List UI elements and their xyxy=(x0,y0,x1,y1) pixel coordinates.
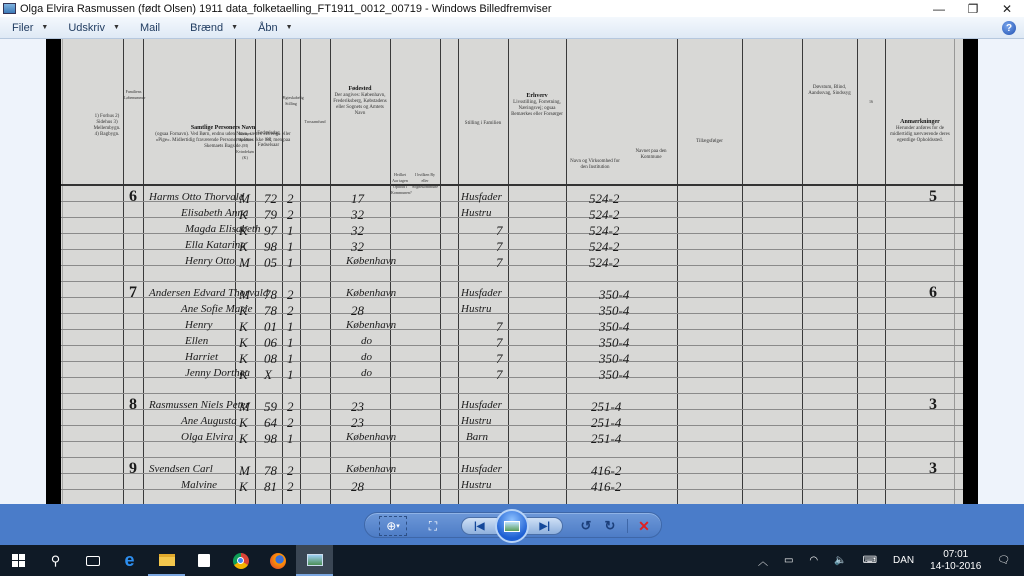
slideshow-button[interactable] xyxy=(495,509,529,543)
family-position: 7 xyxy=(496,239,503,255)
window-title: Olga Elvira Rasmussen (født Olsen) 1911 … xyxy=(20,3,922,15)
header-col-8: FødestedDer angives: København, Frederik… xyxy=(331,86,389,117)
marital-status: 2 xyxy=(287,463,294,479)
person-name: Harms Otto Thorvald xyxy=(149,191,244,203)
edge-icon: e xyxy=(124,550,134,571)
maximize-button[interactable]: ❐ xyxy=(956,0,990,17)
header-col-7: Trossamfund xyxy=(300,119,330,125)
birth-year: 98 xyxy=(264,431,277,447)
birthplace: 28 xyxy=(351,479,364,495)
occupation-code: 524-2 xyxy=(589,207,619,223)
wifi-icon[interactable]: ◠ xyxy=(809,555,818,566)
birthplace: 32 xyxy=(351,239,364,255)
menu-udskriv[interactable]: Udskriv▼ xyxy=(56,17,128,39)
header-col-17-title: Anmærkninger xyxy=(900,119,940,125)
marital-status: 1 xyxy=(287,239,294,255)
sex: K xyxy=(239,207,248,223)
task-view-button[interactable] xyxy=(74,545,111,576)
dropdown-arrow-icon: ▼ xyxy=(231,24,238,31)
clock-time: 07:01 xyxy=(930,549,981,561)
birth-year: 78 xyxy=(264,287,277,303)
marital-status: 1 xyxy=(287,351,294,367)
census-scan-image: 1) Forhus 2) Sidehus 3) Mellembygn. 4) B… xyxy=(61,39,963,504)
sex: M xyxy=(239,191,250,207)
birth-year: 01 xyxy=(264,319,277,335)
menu-braend[interactable]: Brænd▼ xyxy=(178,17,246,39)
birth-year: 97 xyxy=(264,223,277,239)
family-position: 7 xyxy=(496,335,503,351)
viewer-controls: ⊕▾ ⛶ |◀ ▶| ↺ ↻ ✕ xyxy=(364,512,662,538)
family-number: 8 xyxy=(129,396,137,414)
viewer-control-bar: ⊕▾ ⛶ |◀ ▶| ↺ ↻ ✕ xyxy=(0,504,1024,545)
occupation-code: 350-4 xyxy=(599,319,629,335)
menu-filer[interactable]: Filer▼ xyxy=(0,17,56,39)
header-col-6: Ægteskabelig Stilling xyxy=(282,95,300,107)
folder-icon xyxy=(159,554,175,566)
birthplace: 17 xyxy=(351,191,364,207)
sex: K xyxy=(239,303,248,319)
family-position: 7 xyxy=(496,351,503,367)
occupation-code: 350-4 xyxy=(599,303,629,319)
family-position: 7 xyxy=(496,255,503,271)
family-position: 7 xyxy=(496,319,503,335)
separator xyxy=(627,519,628,533)
sex: K xyxy=(239,223,248,239)
marital-status: 2 xyxy=(287,191,294,207)
minimize-button[interactable]: — xyxy=(922,0,956,17)
header-col-14: Navnet paa den Kommune xyxy=(627,149,675,161)
family-position: Hustru xyxy=(461,415,492,427)
task-view-icon xyxy=(86,556,100,566)
marital-status: 1 xyxy=(287,431,294,447)
family-position: 7 xyxy=(496,367,503,383)
rotate-clockwise-icon[interactable]: ↻ xyxy=(601,516,619,536)
birth-year: 05 xyxy=(264,255,277,271)
header-col-12: ErhvervLivsstilling, Forretning, Nærings… xyxy=(509,93,565,118)
family-position: Husfader xyxy=(461,399,502,411)
remark: 3 xyxy=(929,396,937,414)
header-col-17-text: Herunder anføres for de midlertidig nærv… xyxy=(890,126,950,143)
occupation-code: 524-2 xyxy=(589,223,619,239)
menu-label: Udskriv xyxy=(68,22,105,34)
person-name: Malvine xyxy=(181,479,217,491)
person-name: Svendsen Carl xyxy=(149,463,213,475)
remark: 5 xyxy=(929,188,937,206)
birth-year: 59 xyxy=(264,399,277,415)
menu-label: Mail xyxy=(140,22,160,34)
delete-icon[interactable]: ✕ xyxy=(635,516,653,536)
marital-status: 2 xyxy=(287,303,294,319)
birthplace: 32 xyxy=(351,207,364,223)
person-name: Harriet xyxy=(185,351,218,363)
dropdown-arrow-icon: ▼ xyxy=(113,24,120,31)
person-name: Magda Elisabeth xyxy=(185,223,260,235)
family-number: 7 xyxy=(129,284,137,302)
sex: M xyxy=(239,255,250,271)
person-name: Ella Katarina xyxy=(185,239,246,251)
sex: K xyxy=(239,335,248,351)
birthplace: do xyxy=(361,351,372,363)
occupation-code: 350-4 xyxy=(599,335,629,351)
birth-year: 06 xyxy=(264,335,277,351)
marital-status: 2 xyxy=(287,399,294,415)
header-col-5: Fødselsdag og Fødselsaar xyxy=(256,131,281,149)
search-button[interactable]: ⚲ xyxy=(37,545,74,576)
occupation-code: 524-2 xyxy=(589,239,619,255)
windows-icon xyxy=(12,554,25,567)
birthplace: do xyxy=(361,367,372,379)
header-col-8-text: Der angives: København, Frederiksberg, K… xyxy=(333,93,387,116)
birth-year: X xyxy=(264,367,272,383)
sex: K xyxy=(239,479,248,495)
family-position: Hustru xyxy=(461,207,492,219)
sex: K xyxy=(239,431,248,447)
system-tray: ︿ ▭ ◠ 🔈 ⌨ DAN 07:01 14-10-2016 🗨 xyxy=(750,545,1024,576)
person-name: Rasmussen Niels Peter xyxy=(149,399,250,411)
person-name-olga-elvira: Olga Elvira xyxy=(181,431,233,443)
chrome-button[interactable] xyxy=(222,545,259,576)
header-col-16: Døvstum, Blind, Aandssvag, Sindssyg xyxy=(803,85,856,97)
volume-icon[interactable]: 🔈 xyxy=(834,555,846,566)
clock-date: 14-10-2016 xyxy=(930,561,981,573)
store-icon xyxy=(198,554,210,567)
family-position: Husfader xyxy=(461,287,502,299)
sex: K xyxy=(239,239,248,255)
firefox-icon xyxy=(270,553,286,569)
header-col-12-title: Erhverv xyxy=(526,93,547,99)
zoom-icon[interactable]: ⊕▾ xyxy=(379,516,407,536)
birth-year: 64 xyxy=(264,415,277,431)
person-name: Ellen xyxy=(185,335,208,347)
store-button[interactable] xyxy=(185,545,222,576)
photo-viewer-icon xyxy=(307,554,323,566)
marital-status: 2 xyxy=(287,479,294,495)
title-bar: Olga Elvira Rasmussen (født Olsen) 1911 … xyxy=(0,0,1024,17)
header-col-4: Kønnet Mandkøn (M) Kvindekøn (K) xyxy=(235,131,255,161)
header-col-1: 1) Forhus 2) Sidehus 3) Mellembygn. 4) B… xyxy=(91,114,123,138)
header-col-8-title: Fødested xyxy=(349,86,372,92)
family-position: Barn xyxy=(466,431,488,443)
chrome-icon xyxy=(233,553,249,569)
photo-viewer-app-icon xyxy=(3,3,16,14)
remark: 3 xyxy=(929,460,937,478)
birth-year: 79 xyxy=(264,207,277,223)
occupation-code: 350-4 xyxy=(599,287,629,303)
slideshow-icon xyxy=(504,521,520,532)
image-border-right xyxy=(963,39,978,504)
person-name: Ane Augusta xyxy=(181,415,237,427)
action-center-icon[interactable]: 🗨 xyxy=(997,555,1010,566)
menu-mail[interactable]: Mail xyxy=(128,17,178,39)
actual-size-icon[interactable]: ⛶ xyxy=(423,516,443,536)
occupation-code: 350-4 xyxy=(599,367,629,383)
family-position: Hustru xyxy=(461,479,492,491)
marital-status: 1 xyxy=(287,223,294,239)
dropdown-arrow-icon: ▼ xyxy=(41,24,48,31)
marital-status: 2 xyxy=(287,207,294,223)
network-status-icon[interactable]: ▭ xyxy=(784,555,793,566)
birthplace: København xyxy=(346,463,396,475)
menu-label: Åbn xyxy=(258,22,278,34)
person-name: Andersen Edvard Thorvald xyxy=(149,287,268,299)
previous-icon: |◀ xyxy=(474,521,485,532)
family-position: Husfader xyxy=(461,191,502,203)
taskbar: ⚲ e ︿ ▭ ◠ 🔈 ⌨ DAN 07:01 14-10-2016 🗨 xyxy=(0,545,1024,576)
birth-year: 78 xyxy=(264,463,277,479)
keyboard-icon[interactable]: ⌨ xyxy=(863,555,877,566)
menu-bar: Filer▼ Udskriv▼ Mail Brænd▼ Åbn▼ ? xyxy=(0,17,1024,39)
header-col-13: Navn og Virksomhed for den Institution xyxy=(567,159,623,171)
person-name: Henry Otto xyxy=(185,255,235,267)
header-col-11: Stilling i Familien xyxy=(459,121,507,127)
sex: M xyxy=(239,399,250,415)
marital-status: 1 xyxy=(287,319,294,335)
dropdown-arrow-icon: ▼ xyxy=(286,24,293,31)
rotate-counterclockwise-icon[interactable]: ↺ xyxy=(577,516,595,536)
language-indicator[interactable]: DAN xyxy=(893,555,914,566)
birth-year: 72 xyxy=(264,191,277,207)
birthplace: København xyxy=(346,287,396,299)
start-button[interactable] xyxy=(0,545,37,576)
birth-year: 98 xyxy=(264,239,277,255)
family-position: Husfader xyxy=(461,463,502,475)
birthplace: 23 xyxy=(351,399,364,415)
occupation-code: 350-4 xyxy=(599,351,629,367)
birthplace: 28 xyxy=(351,303,364,319)
next-icon: ▶| xyxy=(540,521,551,532)
marital-status: 1 xyxy=(287,255,294,271)
person-name: Henry xyxy=(185,319,213,331)
marital-status: 2 xyxy=(287,287,294,303)
occupation-code: 416-2 xyxy=(591,479,621,495)
occupation-code: 416-2 xyxy=(591,463,621,479)
firefox-button[interactable] xyxy=(259,545,296,576)
occupation-code: 251-4 xyxy=(591,399,621,415)
header-col-17: AnmærkningerHerunder anføres for de midl… xyxy=(887,119,953,144)
occupation-code: 524-2 xyxy=(589,255,619,271)
image-border-left xyxy=(46,39,61,504)
birthplace: do xyxy=(361,335,372,347)
search-icon: ⚲ xyxy=(51,553,61,569)
remark: 6 xyxy=(929,284,937,302)
sex: M xyxy=(239,287,250,303)
birthplace: 32 xyxy=(351,223,364,239)
sex: K xyxy=(239,319,248,335)
edge-button[interactable]: e xyxy=(111,545,148,576)
birth-year: 81 xyxy=(264,479,277,495)
marital-status: 1 xyxy=(287,367,294,383)
birthplace: København xyxy=(346,319,396,331)
family-position: 7 xyxy=(496,223,503,239)
close-button[interactable]: ✕ xyxy=(990,0,1024,17)
family-position: Hustru xyxy=(461,303,492,315)
occupation-code: 251-4 xyxy=(591,431,621,447)
occupation-code: 251-4 xyxy=(591,415,621,431)
header-col-10: I hvilken By eller Sognekommune xyxy=(411,172,439,190)
birthplace: 23 xyxy=(351,415,364,431)
menu-aabn[interactable]: Åbn▼ xyxy=(246,17,301,39)
header-col-2: Familiens Løbenummer xyxy=(124,89,143,101)
marital-status: 1 xyxy=(287,335,294,351)
birth-year: 08 xyxy=(264,351,277,367)
marital-status: 2 xyxy=(287,415,294,431)
birth-year: 78 xyxy=(264,303,277,319)
birthplace: København xyxy=(346,255,396,267)
family-number: 9 xyxy=(129,460,137,478)
menu-label: Filer xyxy=(12,22,33,34)
sex: K xyxy=(239,367,248,383)
sex: K xyxy=(239,415,248,431)
header-col-15: Tillægsfølger xyxy=(678,139,741,145)
file-explorer-button[interactable] xyxy=(148,545,185,576)
family-number: 6 xyxy=(129,188,137,206)
sex: K xyxy=(239,351,248,367)
birthplace: København xyxy=(346,431,396,443)
header-col-12-text: Livsstilling, Forretning, Næringsvej; og… xyxy=(511,100,563,117)
image-viewport[interactable]: 1) Forhus 2) Sidehus 3) Mellembygn. 4) B… xyxy=(0,39,1024,504)
sex: M xyxy=(239,463,250,479)
photo-viewer-taskbar-button[interactable] xyxy=(296,545,333,576)
clock[interactable]: 07:01 14-10-2016 xyxy=(930,549,981,573)
help-icon[interactable]: ? xyxy=(1002,21,1016,35)
header-col-16b: 16 xyxy=(858,99,884,105)
occupation-code: 524-2 xyxy=(589,191,619,207)
show-hidden-icons[interactable]: ︿ xyxy=(758,553,768,568)
menu-label: Brænd xyxy=(190,22,223,34)
